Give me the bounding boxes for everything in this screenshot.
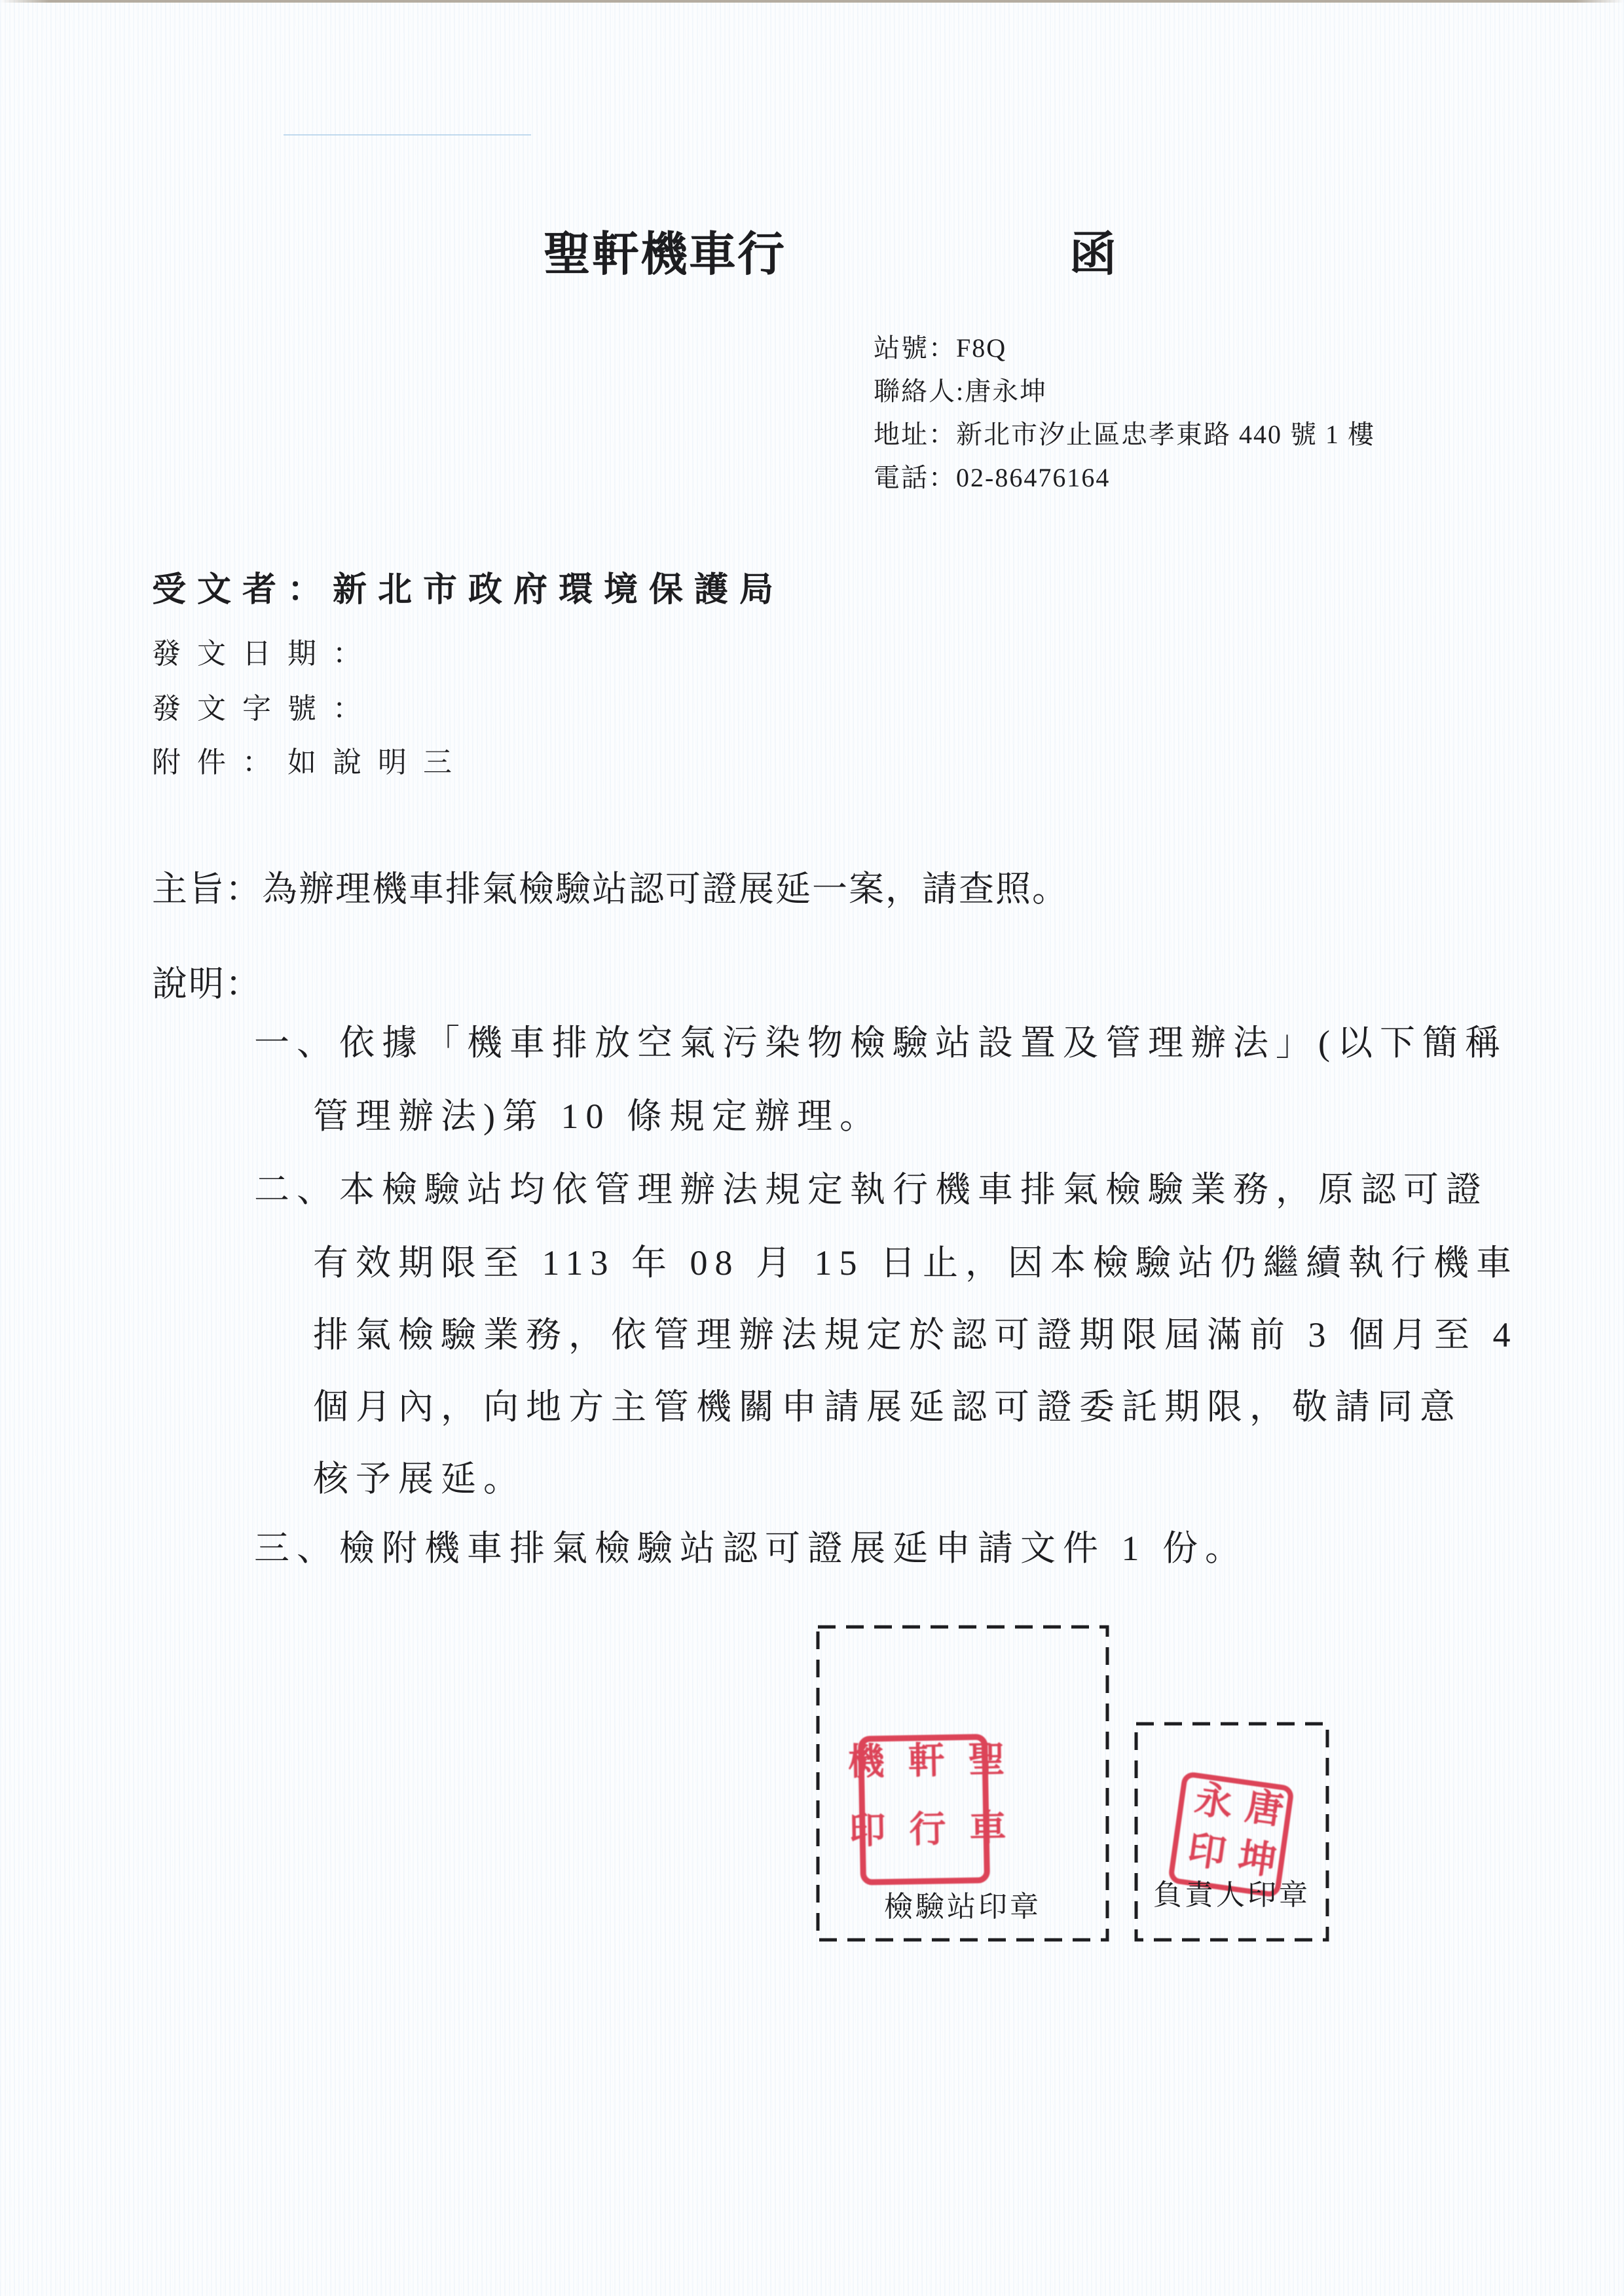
phone-line: 電話：02-86476164 [874,457,1110,494]
body-line-3: 二、本檢驗站均依管理辦法規定執行機車排氣檢驗業務，原認可證 [254,1161,1488,1212]
document-page: 聖軒機車行 函 站號：F8Q 聯絡人:唐永坤 地址：新北市汐止區忠孝東路 440… [0,0,1624,2296]
contact-person-line: 聯絡人:唐永坤 [874,371,1047,408]
station-no-line: 站號：F8Q [874,327,1006,365]
sender-title: 聖軒機車行 [544,216,786,284]
station-seal-label: 檢驗站印章 [816,1883,1109,1925]
body-line-4: 有效期限至 113 年 08 月 15 日止，因本檢驗站仍繼續執行機車 [313,1235,1519,1285]
body-line-6: 個月內，向地方主管機關申請展延認可證委託期限，敬請同意 [313,1379,1462,1429]
scan-line-artifact [284,134,531,136]
owner-seal-box: 唐永 坤印 負責人印章 [1134,1722,1329,1942]
station-seal-column-right: 聖軒機 [832,1740,1014,1812]
issue-number-line: 發文字號： [152,685,378,727]
scan-edge-artifact [0,0,1624,3]
body-line-2: 管理辦法)第 10 條規定辦理。 [313,1088,882,1139]
recipient-line: 受文者：新北市政府環境保護局 [152,562,784,611]
issue-date-line: 發文日期： [152,630,378,672]
subject-line: 主旨：為辦理機車排氣檢驗站認可證展延一案，請查照。 [152,861,1069,911]
owner-seal-label: 負責人印章 [1134,1871,1329,1913]
address-line: 地址：新北市汐止區忠孝東路 440 號 1 樓 [874,414,1375,451]
station-seal-box: 聖軒機 車行印 檢驗站印章 [816,1625,1109,1942]
explanation-heading: 說明： [152,956,262,1006]
body-line-7: 核予展延。 [313,1451,526,1501]
doc-type-title: 函 [1069,216,1116,284]
attachment-line: 附件：如說明三 [152,738,468,780]
body-line-8: 三、檢附機車排氣檢驗站認可證展延申請文件 1 份。 [254,1520,1247,1571]
body-line-1: 一、依據「機車排放空氣污染物檢驗站設置及管理辦法」(以下簡稱 [254,1015,1507,1065]
station-seal-column-left: 車行印 [834,1808,1016,1880]
station-seal-stamp: 聖軒機 車行印 [858,1734,990,1885]
body-line-5: 排氣檢驗業務，依管理辦法規定於認可證期限屆滿前 3 個月至 4 [313,1307,1518,1357]
